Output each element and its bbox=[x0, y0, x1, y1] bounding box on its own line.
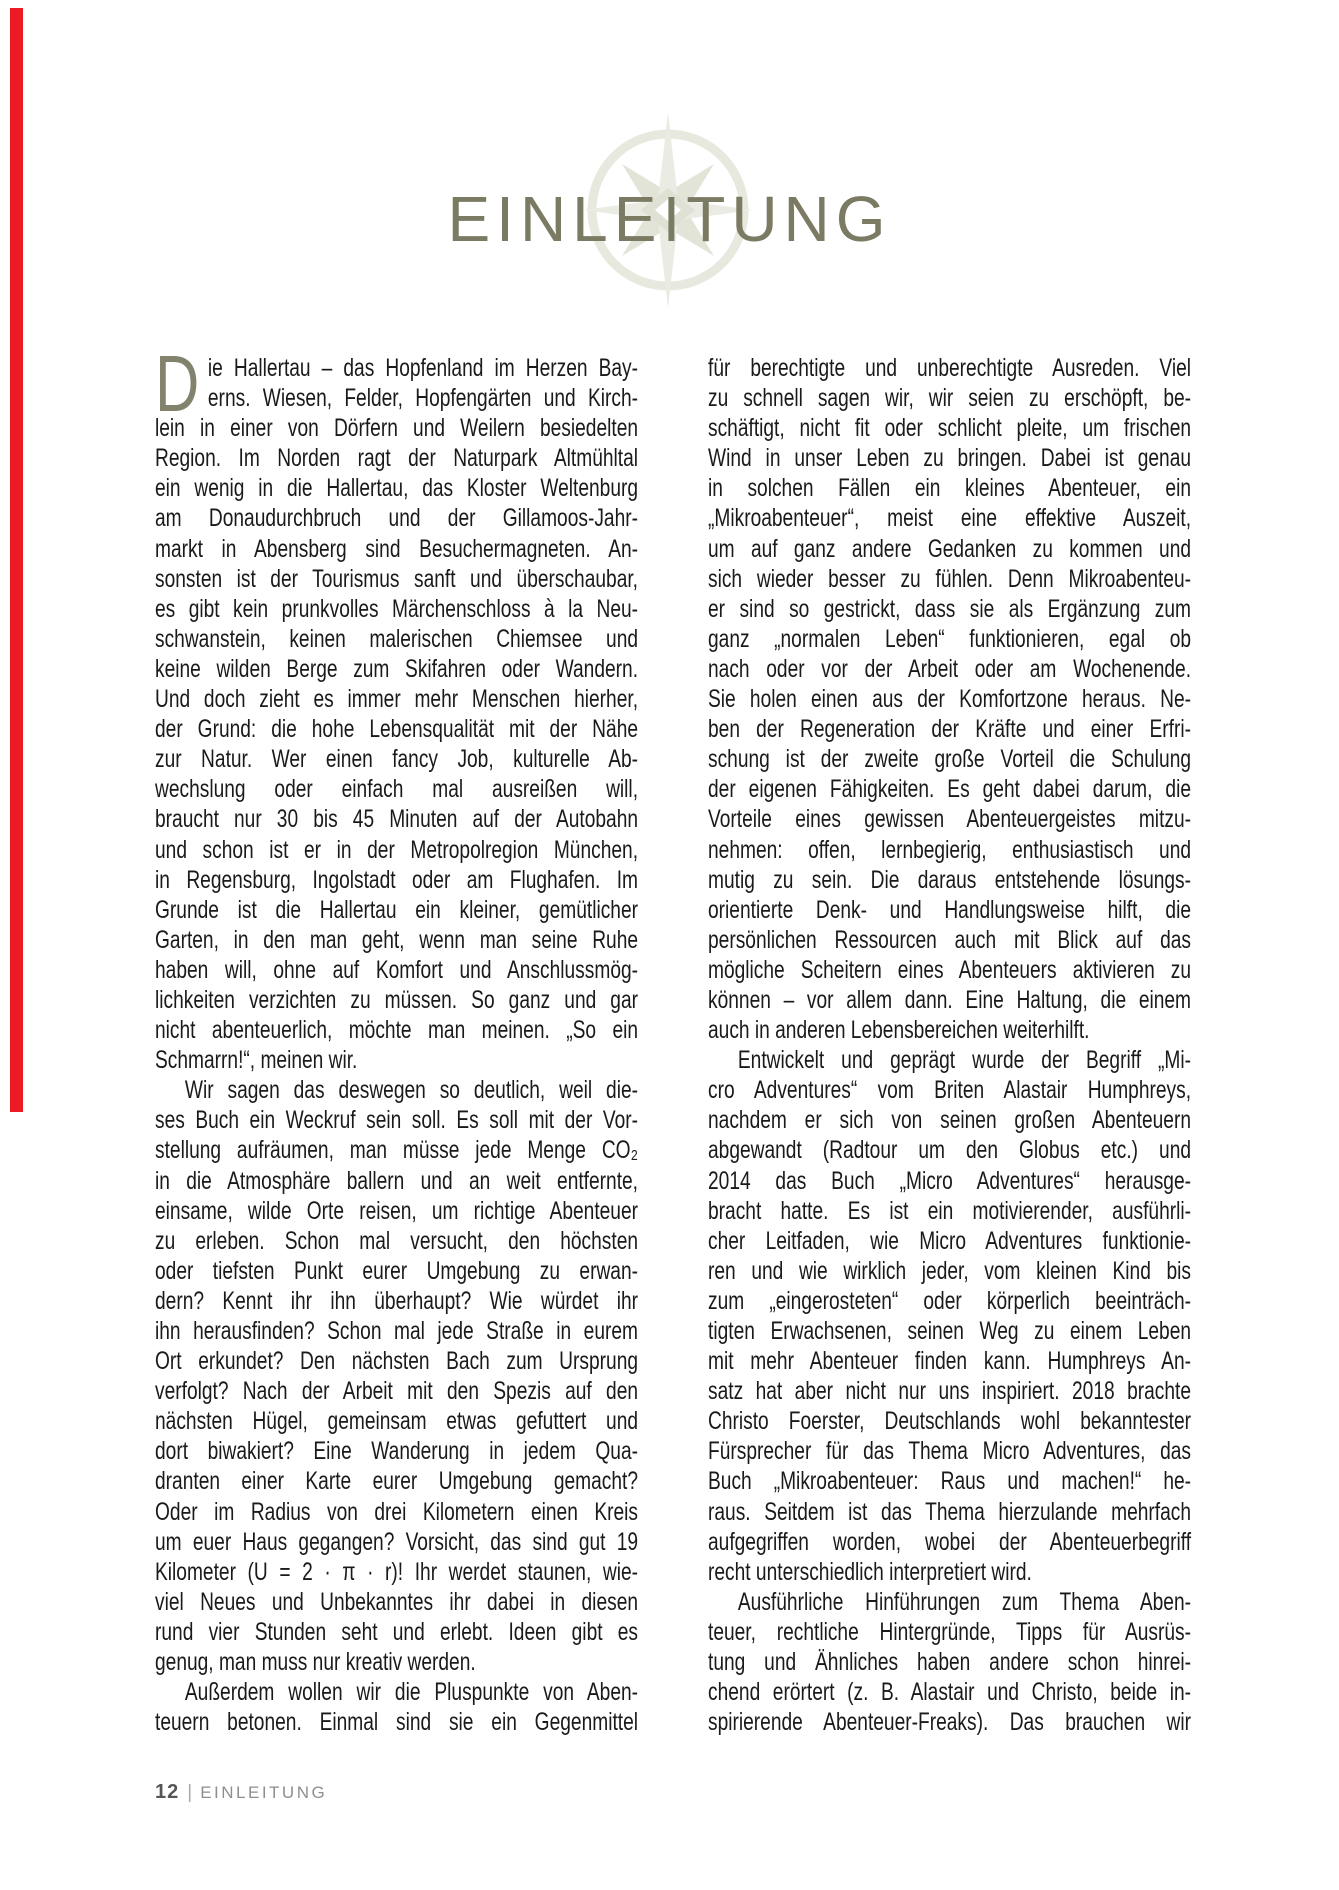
text-line: Christo Foerster, Deutschlands wohl beka… bbox=[708, 1406, 1191, 1436]
text-line: Grunde ist die Hallertau ein kleiner, ge… bbox=[155, 895, 638, 925]
text-line: Ausführliche Hinführungen zum Thema Aben… bbox=[708, 1587, 1191, 1617]
text-line: sich wieder besser zu fühlen. Denn Mikro… bbox=[708, 564, 1191, 594]
text-line: auch in anderen Lebensbereichen weiterhi… bbox=[708, 1015, 1191, 1045]
text-line: er sind so gestrickt, dass sie als Ergän… bbox=[708, 594, 1191, 624]
text-line: „Mikroabenteuer“, meist eine effektive A… bbox=[708, 503, 1191, 533]
text-line: der Grund: die hohe Lebensqualität mit d… bbox=[155, 714, 638, 744]
right-column: für berechtigte und unberechtigte Ausred… bbox=[708, 353, 1191, 1737]
text-line: lichkeiten verzichten zu müssen. So ganz… bbox=[155, 985, 638, 1015]
text-line: abgewandt (Radtour um den Globus etc.) u… bbox=[708, 1135, 1191, 1165]
text-line: zur Natur. Wer einen fancy Job, kulturel… bbox=[155, 744, 638, 774]
text-line: der eigenen Fähigkeiten. Es geht dabei d… bbox=[708, 774, 1191, 804]
text-line: erns. Wiesen, Felder, Hopfengärten und K… bbox=[155, 383, 638, 413]
text-line: ren und wie wirklich jeder, vom kleinen … bbox=[708, 1256, 1191, 1286]
chapter-title: EINLEITUNG bbox=[0, 182, 1339, 256]
text-line: Entwickelt und geprägt wurde der Begriff… bbox=[708, 1045, 1191, 1075]
page-footer: 12 | EINLEITUNG bbox=[155, 1781, 327, 1804]
text-line: schäftigt, nicht fit oder schlicht pleit… bbox=[708, 413, 1191, 443]
text-line: in Regensburg, Ingolstadt oder am Flugha… bbox=[155, 865, 638, 895]
left-column-lines: ie Hallertau – das Hopfenland im Herzen … bbox=[155, 353, 638, 1737]
text-line: teuer, rechtliche Hintergründe, Tipps fü… bbox=[708, 1617, 1191, 1647]
text-line: Oder im Radius von drei Kilometern einen… bbox=[155, 1497, 638, 1527]
text-line: Schmarrn!“, meinen wir. bbox=[155, 1045, 638, 1075]
right-column-lines: für berechtigte und unberechtigte Ausred… bbox=[708, 353, 1191, 1737]
text-line: um auf ganz andere Gedanken zu kommen un… bbox=[708, 534, 1191, 564]
text-line: ben der Regeneration der Kräfte und eine… bbox=[708, 714, 1191, 744]
text-line: zum „eingerosteten“ oder körperlich beei… bbox=[708, 1286, 1191, 1316]
text-line: persönlichen Ressourcen auch mit Blick a… bbox=[708, 925, 1191, 955]
text-line: Wind in unser Leben zu bringen. Dabei is… bbox=[708, 443, 1191, 473]
text-line: Buch „Mikroabenteuer: Raus und machen!“ … bbox=[708, 1466, 1191, 1496]
text-line: Region. Im Norden ragt der Naturpark Alt… bbox=[155, 443, 638, 473]
text-line: satz hat aber nicht nur uns inspiriert. … bbox=[708, 1376, 1191, 1406]
text-line: wechslung oder einfach mal ausreißen wil… bbox=[155, 774, 638, 804]
text-line: nehmen: offen, lernbegierig, enthusiasti… bbox=[708, 835, 1191, 865]
text-line: bracht hatte. Es ist ein motivierender, … bbox=[708, 1196, 1191, 1226]
text-line: schung ist der zweite große Vorteil die … bbox=[708, 744, 1191, 774]
text-line: und schon ist er in der Metropolregion M… bbox=[155, 835, 638, 865]
text-line: zu erleben. Schon mal versucht, den höch… bbox=[155, 1226, 638, 1256]
text-line: schwanstein, keinen malerischen Chiemsee… bbox=[155, 624, 638, 654]
text-line: für berechtigte und unberechtigte Ausred… bbox=[708, 353, 1191, 383]
text-line: zu schnell sagen wir, wir seien zu ersch… bbox=[708, 383, 1191, 413]
text-line: dort biwakiert? Eine Wanderung in jedem … bbox=[155, 1436, 638, 1466]
text-line: stellung aufräumen, man müsse jede Menge… bbox=[155, 1135, 638, 1165]
drop-cap: D bbox=[155, 344, 199, 424]
text-line: teuern betonen. Einmal sind sie ein Gege… bbox=[155, 1707, 638, 1737]
text-line: cro Adventures“ vom Briten Alastair Hump… bbox=[708, 1075, 1191, 1105]
text-line: viel Neues und Unbekanntes ihr dabei in … bbox=[155, 1587, 638, 1617]
text-line: orientierte Denk- und Handlungsweise hil… bbox=[708, 895, 1191, 925]
footer-separator: | bbox=[187, 1782, 192, 1804]
text-line: mutig zu sein. Die daraus entstehende lö… bbox=[708, 865, 1191, 895]
text-line: Sie holen einen aus der Komfortzone hera… bbox=[708, 684, 1191, 714]
text-line: chend erörtert (z. B. Alastair und Chris… bbox=[708, 1677, 1191, 1707]
text-line: es gibt kein prunkvolles Märchenschloss … bbox=[155, 594, 638, 624]
text-line: markt in Abensberg sind Besuchermagneten… bbox=[155, 534, 638, 564]
text-line: Kilometer (U = 2 · π · r)! Ihr werdet st… bbox=[155, 1557, 638, 1587]
text-line: können – vor allem dann. Eine Haltung, d… bbox=[708, 985, 1191, 1015]
text-line: ganz „normalen Leben“ funktionieren, ega… bbox=[708, 624, 1191, 654]
text-line: mit mehr Abenteuer finden kann. Humphrey… bbox=[708, 1346, 1191, 1376]
text-line: Fürsprecher für das Thema Micro Adventur… bbox=[708, 1436, 1191, 1466]
text-line: lein in einer von Dörfern und Weilern be… bbox=[155, 413, 638, 443]
text-line: Ort erkundet? Den nächsten Bach zum Ursp… bbox=[155, 1346, 638, 1376]
text-line: am Donaudurchbruch und der Gillamoos-Jah… bbox=[155, 503, 638, 533]
text-line: 2014 das Buch „Micro Adventures“ herausg… bbox=[708, 1166, 1191, 1196]
text-line: ses Buch ein Weckruf sein soll. Es soll … bbox=[155, 1105, 638, 1135]
text-line: nachdem er sich von seinen großen Abente… bbox=[708, 1105, 1191, 1135]
text-line: raus. Seitdem ist das Thema hierzulande … bbox=[708, 1497, 1191, 1527]
text-line: verfolgt? Nach der Arbeit mit den Spezis… bbox=[155, 1376, 638, 1406]
text-line: sonsten ist der Tourismus sanft und über… bbox=[155, 564, 638, 594]
text-line: einsame, wilde Orte reisen, um richtige … bbox=[155, 1196, 638, 1226]
text-line: genug, man muss nur kreativ werden. bbox=[155, 1647, 638, 1677]
text-line: spirierende Abenteuer-Freaks). Das brauc… bbox=[708, 1707, 1191, 1737]
text-line: ein wenig in die Hallertau, das Kloster … bbox=[155, 473, 638, 503]
text-line: dern? Kennt ihr ihn überhaupt? Wie würde… bbox=[155, 1286, 638, 1316]
left-column: D ie Hallertau – das Hopfenland im Herze… bbox=[155, 353, 638, 1737]
text-line: Vorteile eines gewissen Abenteuergeistes… bbox=[708, 804, 1191, 834]
text-line: aufgegriffen worden, wobei der Abenteuer… bbox=[708, 1527, 1191, 1557]
text-line: mögliche Scheitern eines Abenteuers akti… bbox=[708, 955, 1191, 985]
page-number: 12 bbox=[155, 1781, 179, 1804]
text-line: in solchen Fällen ein kleines Abenteuer,… bbox=[708, 473, 1191, 503]
footer-section-label: EINLEITUNG bbox=[200, 1783, 327, 1803]
text-line: rund vier Stunden seht und erlebt. Ideen… bbox=[155, 1617, 638, 1647]
text-line: ie Hallertau – das Hopfenland im Herzen … bbox=[155, 353, 638, 383]
text-line: Garten, in den man geht, wenn man seine … bbox=[155, 925, 638, 955]
text-line: braucht nur 30 bis 45 Minuten auf der Au… bbox=[155, 804, 638, 834]
text-line: keine wilden Berge zum Skifahren oder Wa… bbox=[155, 654, 638, 684]
text-line: cher Leitfaden, wie Micro Adventures fun… bbox=[708, 1226, 1191, 1256]
text-line: oder tiefsten Punkt eurer Umgebung zu er… bbox=[155, 1256, 638, 1286]
text-line: Und doch zieht es immer mehr Menschen hi… bbox=[155, 684, 638, 714]
text-line: recht unterschiedlich interpretiert wird… bbox=[708, 1557, 1191, 1587]
text-line: nicht abenteuerlich, möchte man meinen. … bbox=[155, 1015, 638, 1045]
text-line: Außerdem wollen wir die Pluspunkte von A… bbox=[155, 1677, 638, 1707]
text-line: um euer Haus gegangen? Vorsicht, das sin… bbox=[155, 1527, 638, 1557]
text-line: haben will, ohne auf Komfort und Anschlu… bbox=[155, 955, 638, 985]
text-line: dranten einer Karte eurer Umgebung gemac… bbox=[155, 1466, 638, 1496]
text-line: tigten Erwachsenen, seinen Weg zu einem … bbox=[708, 1316, 1191, 1346]
book-page: { "page": { "title": "EINLEITUNG", "acce… bbox=[0, 0, 1339, 1890]
text-line: nächsten Hügel, gemeinsam etwas gefutter… bbox=[155, 1406, 638, 1436]
text-line: nach oder vor der Arbeit oder am Wochene… bbox=[708, 654, 1191, 684]
text-line: tung und Ähnliches haben andere schon hi… bbox=[708, 1647, 1191, 1677]
chapter-edge-bar bbox=[10, 8, 23, 1112]
text-line: ihn herausfinden? Schon mal jede Straße … bbox=[155, 1316, 638, 1346]
text-line: in die Atmosphäre ballern und an weit en… bbox=[155, 1166, 638, 1196]
text-line: Wir sagen das deswegen so deutlich, weil… bbox=[155, 1075, 638, 1105]
